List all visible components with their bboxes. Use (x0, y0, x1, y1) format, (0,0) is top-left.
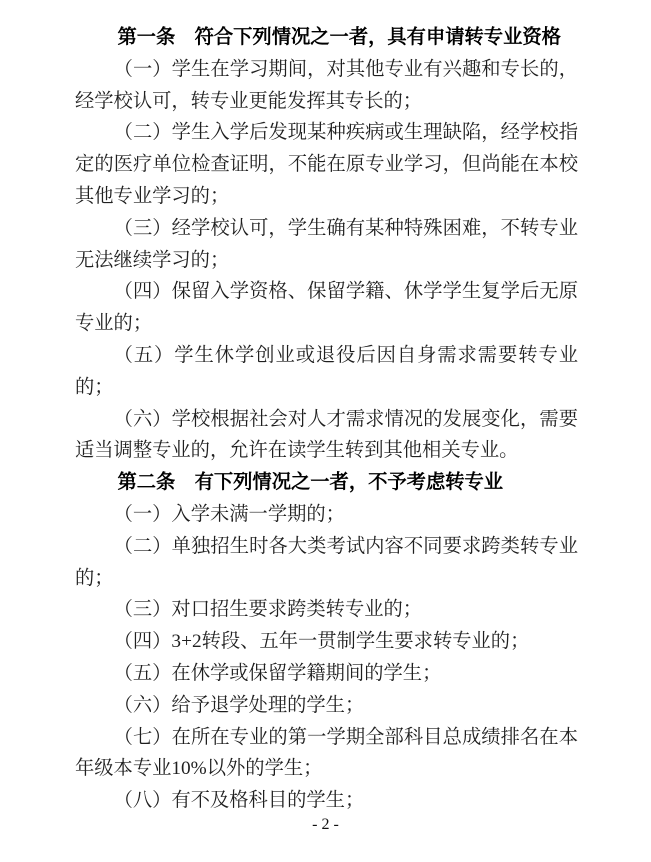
article-2-clause-7: （七）在所在专业的第一学期全部科目总成绩排名在本年级本专业10%以外的学生； (75, 722, 578, 786)
document-content: 第一条 符合下列情况之一者，具有申请转专业资格 （一）学生在学习期间，对其他专业… (75, 22, 578, 817)
article-2-clause-6: （六）给予退学处理的学生； (75, 690, 578, 722)
article-2-clause-3: （三）对口招生要求跨类转专业的； (75, 594, 578, 626)
article-2-heading: 第二条 有下列情况之一者，不予考虑转专业 (75, 467, 578, 499)
article-2-clause-2: （二）单独招生时各大类考试内容不同要求跨类转专业的； (75, 531, 578, 595)
article-1-clause-4: （四）保留入学资格、保留学籍、休学学生复学后无原专业的； (75, 276, 578, 340)
article-1-clause-2: （二）学生入学后发现某种疾病或生理缺陷，经学校指定的医疗单位检查证明，不能在原专… (75, 117, 578, 212)
article-2-clause-8: （八）有不及格科目的学生； (75, 785, 578, 817)
page-number: - 2 - (0, 814, 651, 836)
document-page: 第一条 符合下列情况之一者，具有申请转专业资格 （一）学生在学习期间，对其他专业… (0, 0, 651, 862)
article-2-clause-4: （四）3+2转段、五年一贯制学生要求转专业的； (75, 626, 578, 658)
article-1-clause-5: （五）学生休学创业或退役后因自身需求需要转专业的； (75, 340, 578, 404)
article-2-clause-5: （五）在休学或保留学籍期间的学生； (75, 658, 578, 690)
article-2-clause-1: （一）入学未满一学期的； (75, 499, 578, 531)
article-1-heading: 第一条 符合下列情况之一者，具有申请转专业资格 (75, 22, 578, 54)
article-1-clause-1: （一）学生在学习期间，对其他专业有兴趣和专长的，经学校认可，转专业更能发挥其专长… (75, 54, 578, 118)
article-1-clause-6: （六）学校根据社会对人才需求情况的发展变化，需要适当调整专业的，允许在读学生转到… (75, 404, 578, 468)
article-1-clause-3: （三）经学校认可，学生确有某种特殊困难，不转专业无法继续学习的； (75, 213, 578, 277)
